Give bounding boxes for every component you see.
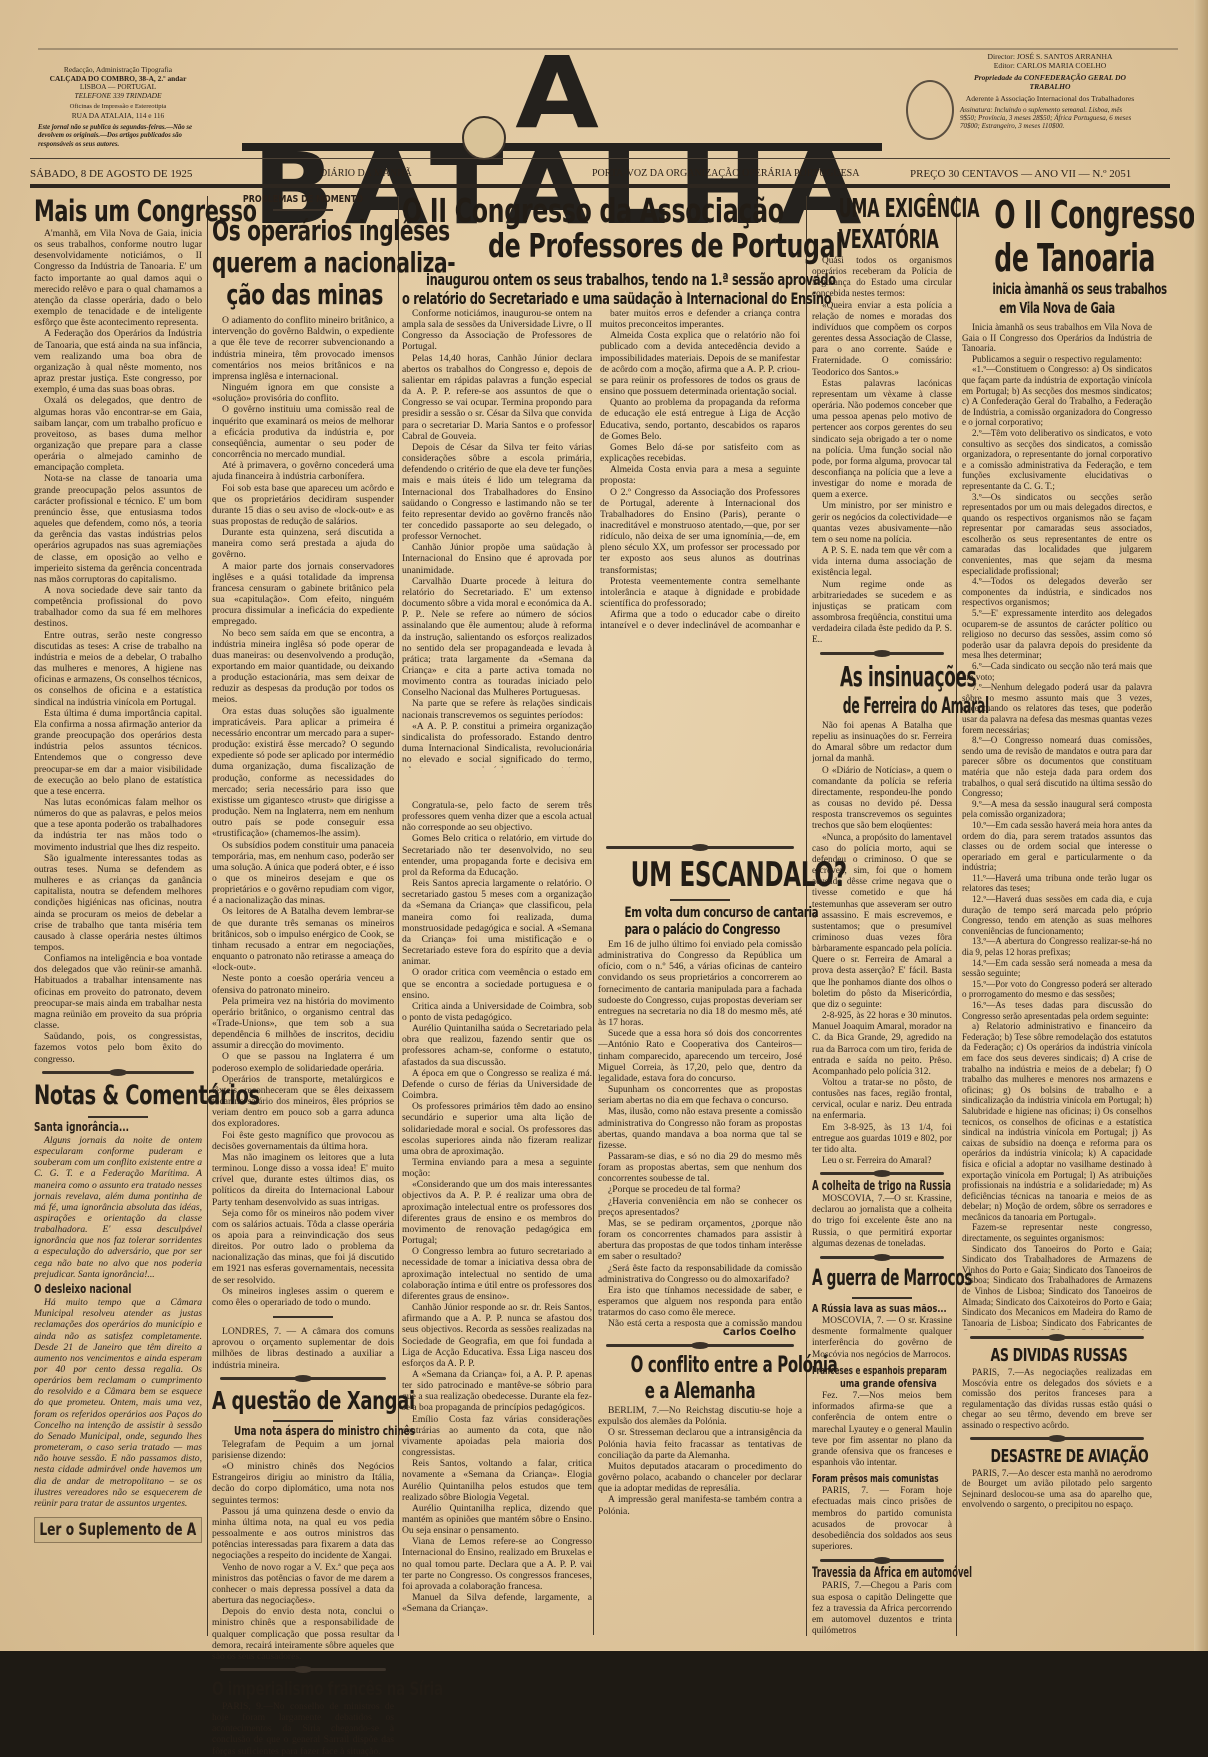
paragraph: Na parte que se refere às relações sindi… — [402, 698, 592, 720]
paragraph: O govêrno instituiu uma comissão real de… — [212, 404, 394, 460]
paragraph: Quási todos os organismos operários rece… — [812, 256, 952, 301]
paragraph: Não foi apenas A Batalha que repeliu as … — [812, 721, 952, 766]
paragraph: 2-8-925, às 22 horas e 30 minutos. Manue… — [812, 1011, 952, 1078]
subheadline: Foram prêsos mais comunistas — [812, 1473, 904, 1484]
paragraph: Aurélio Quintanilha saúda o Secretariado… — [402, 1023, 592, 1068]
paragraph: 4.º—Todos os delegados deverão ser compo… — [962, 576, 1152, 608]
paragraph: 7.º—Nenhum delegado poderá usar da palav… — [962, 682, 1152, 735]
subheadline: Em volta dum concurso de cantaria — [625, 905, 776, 922]
paragraph: A P. S. E. nada tem que vêr com a vida i… — [812, 546, 952, 579]
article-escandalo: UM ESCANDALO? Em volta dum concurso de c… — [598, 855, 802, 1338]
paragraph: A época em que o Congresso se realiza é … — [402, 1068, 592, 1101]
paragraph: Era isto que tínhamos necessidade de sab… — [598, 1285, 802, 1318]
publication-notice: Este jornal não se publica às segundas-f… — [38, 124, 198, 150]
paragraph: Termina enviando para a mesa a seguinte … — [402, 1157, 592, 1179]
headline: UM ESCANDALO? — [631, 855, 770, 895]
short-rule — [670, 899, 730, 901]
paragraph: O que se passou na Inglaterra é um poder… — [212, 1051, 394, 1073]
paragraph: Um ministro, por ser ministro e gerir os… — [812, 501, 952, 546]
issue-date: SÁBADO, 8 DE AGOSTO DE 1925 — [30, 168, 192, 180]
paragraph: O sr. Stresseman declarou que a intransi… — [598, 1427, 802, 1460]
column-2: PROBLEMAS DE MOMENTO Os operários inglês… — [212, 194, 394, 1651]
paragraph: 12.º—Haverá duas sessões em cada dia, e … — [962, 894, 1152, 936]
paragraph: O 2.º Congresso da Associação dos Profes… — [600, 487, 800, 576]
ornamental-rule — [606, 1344, 794, 1347]
subscription-rates: Assinatura: Incluindo o suplemento seman… — [960, 106, 1140, 130]
ornamental-rule — [820, 1172, 944, 1175]
paragraph: A maior parte dos jornais conservadores … — [212, 561, 394, 628]
paragraph: Viana de Lemos refere-se ao Congresso In… — [402, 1536, 592, 1592]
ornamental-rule — [970, 1437, 1144, 1440]
paragraph: Afirma que a todo o educador cabe o dire… — [600, 609, 800, 628]
article-body: PARIS, 7. — Foram hoje efectuadas mais c… — [812, 1486, 952, 1553]
article-body: PARIS, 7.—As negociações realizadas em M… — [962, 1367, 1152, 1431]
masthead-address-box: Redacção, Administração Tipografia CALÇA… — [38, 66, 198, 149]
paragraph: «1.º—Constituem o Congresso: a) Os sindi… — [962, 364, 1152, 428]
paragraph: Voltou a tratar-se no pôsto, de contusõe… — [812, 1078, 952, 1123]
note-title: Santa ignorância... — [34, 1122, 158, 1133]
paragraph: «A A. P. P. constitui a primeira organiz… — [402, 721, 592, 768]
ornamental-rule — [606, 846, 794, 849]
paragraph: Almeida Costa envia para a mesa a seguin… — [600, 464, 800, 486]
paragraph: Mas não imaginem os leitores que a luta … — [212, 1152, 394, 1208]
column-5: UMA EXIGÊNCIA VEXATÓRIA Quási todos os o… — [812, 194, 952, 1637]
paragraph: Inicia àmanhã os seus trabalhos em Vila … — [962, 322, 1152, 354]
paragraph: A nova sociedade deve sair tanto da comp… — [34, 585, 202, 630]
article-body: Não foi apenas A Batalha que repeliu as … — [812, 721, 952, 1166]
ornamental-rule — [820, 1559, 944, 1562]
article-exigencia: UMA EXIGÊNCIA VEXATÓRIA Quási todos os o… — [812, 194, 952, 646]
library-stamp-icon — [906, 80, 954, 140]
article-travessia: Travessia da Africa em automóvel PARIS, … — [812, 1568, 952, 1637]
column-4-lower: UM ESCANDALO? Em volta dum concurso de c… — [598, 840, 802, 1517]
paragraph: ¿Porque se procedeu de tal forma? — [598, 1184, 802, 1195]
paragraph: Sindicato dos Tanoeiros do Porto e Gaia;… — [962, 1244, 1152, 1330]
headline: UMA EXIGÊNCIA — [839, 194, 926, 224]
article-body-col1-cont: Congratula-se, pelo facto de serem três … — [402, 800, 592, 1635]
short-rule — [273, 1420, 333, 1422]
organ-line: PORTA-VOZ DA ORGANIZAÇÃO OPERÁRIA PORTUG… — [592, 168, 859, 179]
paragraph: Venho de novo rogar a V. Ex.ª que peça a… — [212, 1562, 394, 1607]
paragraph: Depois do envio desta nota, conclui o mi… — [212, 1606, 394, 1651]
headline: Os operários inglêses querem a nacionali… — [212, 215, 392, 311]
article-xangai: A questão de Xangai Uma nota áspera do m… — [212, 1386, 394, 1651]
headline: O conflito entre a Polónia — [631, 1353, 770, 1379]
column-rule — [956, 196, 957, 1636]
price-issue: PREÇO 30 CENTAVOS — ANO VII — N.º 2051 — [910, 168, 1131, 180]
article-mais-um-congresso: Mais um Congresso A'manhã, em Vila Nova … — [34, 194, 202, 1065]
paragraph: Esta última é duma importância capital. … — [34, 708, 202, 797]
note-title: O desleixo nacional — [34, 1284, 158, 1295]
paragraph: Num regime onde as arbitrariedades se su… — [812, 580, 952, 646]
subheadline: A Rússia lava as suas mãos... — [812, 1303, 916, 1314]
masthead-rule — [30, 184, 1170, 188]
article-body: MOSCOVIA, 7. — O sr. Krassine desmente f… — [812, 1316, 952, 1361]
article-body: Quási todos os organismos operários rece… — [812, 256, 952, 646]
deck: o relatório do Secretariado e uma saüdaç… — [402, 289, 805, 308]
masthead-divider — [30, 158, 1170, 159]
article-notas-comentarios: Notas & Comentários Santa ignorância... … — [34, 1080, 202, 1543]
paragraph: Canhão Júnior propõe uma saüdação à Inte… — [402, 542, 592, 575]
paragraph: Leu o sr. Ferreira do Amaral? — [812, 1156, 952, 1166]
paragraph: Supunham os concorrentes que as proposta… — [598, 1084, 802, 1106]
paragraph: Entre outras, serão neste congresso disc… — [34, 630, 202, 708]
newspaper-logo: A BATALHA — [232, 46, 892, 142]
paragraph: Neste ponto a coesão operária venceu a o… — [212, 973, 394, 995]
column-rule — [398, 196, 399, 1636]
paragraph: Aurélio Quintanilha replica, dizendo que… — [402, 1503, 592, 1536]
paragraph: Mas, se se pediram orçamentos, ¿porque n… — [598, 1218, 802, 1263]
paragraph: Sucede que a essa hora só dois dos conco… — [598, 1028, 802, 1084]
paragraph: Nas lutas económicas falam melhor os núm… — [34, 797, 202, 853]
deck: inaugurou ontem os seus trabalhos, tendo… — [426, 270, 800, 289]
column-rule — [593, 420, 594, 1635]
paragraph: Até à primavera, o govêrno concederá uma… — [212, 460, 394, 482]
ornamental-rule — [42, 1071, 194, 1074]
column-1: Mais um Congresso A'manhã, em Vila Nova … — [34, 194, 202, 1543]
article-body: O adiamento do conflito mineiro britânic… — [212, 315, 394, 1308]
paragraph: No beco sem saída em que se encontra, a … — [212, 628, 394, 706]
paragraph: O Congresso lembra ao futuro secretariad… — [402, 1246, 592, 1302]
paragraph: Conforme noticiámos, inaugurou-se ontem … — [402, 308, 592, 353]
paragraph: Não está certa a resposta que a comissão… — [598, 1318, 802, 1327]
short-rule — [852, 1297, 912, 1299]
headline: AS DIVIDAS RUSSAS — [991, 1345, 1124, 1367]
paragraph: Ora estas duas soluções são igualmente i… — [212, 706, 394, 840]
paragraph: Passou já uma quinzena desde o envio da … — [212, 1506, 394, 1562]
dateline: SÁBADO, 8 DE AGOSTO DE 1925 DIÁRIO DA MA… — [30, 168, 1170, 182]
paragraph: bater muitos erros e defender a criança … — [600, 308, 800, 330]
headline: As insinuações — [840, 661, 924, 693]
paragraph: 2.º—Têm voto deliberativo os sindicatos,… — [962, 428, 1152, 492]
article-tanoaria: O II Congresso de Tanoaria inicia àmanhã… — [962, 194, 1152, 1330]
paragraph: Os leitores de A Batalha devem lembrar-s… — [212, 906, 394, 973]
paragraph: Oxalá os delegados, que dentro de alguma… — [34, 395, 202, 473]
short-rule — [273, 1316, 333, 1318]
workshop-address: RUA DA ATALAIA, 114 e 116 — [38, 112, 198, 121]
paragraph: Nota-se na classe de tanoaria uma grande… — [34, 473, 202, 585]
paragraph: «Considerando que um dos mais interessan… — [402, 1179, 592, 1246]
article-body-col2: bater muitos erros e defender a criança … — [600, 308, 800, 628]
paragraph: Seja como fôr os mineiros não podem vive… — [212, 1208, 394, 1286]
paragraph: 5.º—E' expressamente interdito aos deleg… — [962, 608, 1152, 661]
paragraph: Passaram-se dias, e só no dia 29 do mesm… — [598, 1151, 802, 1184]
paragraph: Publicamos a seguir o respectivo regulam… — [962, 354, 1152, 365]
emblem-seal-icon — [462, 116, 506, 160]
paragraph: 6.º—Cada sindicato ou secção não terá ma… — [962, 661, 1152, 682]
paragraph: A Federação dos Operários da Indústria d… — [34, 328, 202, 395]
paragraph: Gomes Belo critica o relatório, em virtu… — [402, 833, 592, 878]
ornamental-rule — [220, 1377, 386, 1380]
article-body: Telegrafam de Pequim a um jornal parisie… — [212, 1439, 394, 1651]
paragraph: São igualmente interessantes todas as ou… — [34, 853, 202, 953]
article-body: MOSCOVIA, 7.—O sr. Krassine, declarou ao… — [812, 1194, 952, 1250]
ownership-line: Propriedade da CONFEDERAÇÃO GERAL DO TRA… — [960, 73, 1140, 91]
paragraph: «Queira enviar a esta polícia a relação … — [812, 301, 952, 379]
paragraph: Mas, ilusão, como não estava presente a … — [598, 1106, 802, 1151]
paragraph: 16.º—As teses dadas para discussão do Co… — [962, 1000, 1152, 1021]
affiliation-line: Aderente à Associação Internacional dos … — [960, 94, 1140, 103]
paragraph: Emílio Costa faz várias considerações co… — [402, 1414, 592, 1459]
paragraph: 8.º—O Congresso nomeará duas comissões, … — [962, 735, 1152, 799]
paragraph: O adiamento do conflito mineiro britânic… — [212, 315, 394, 382]
ornamental-rule — [970, 1336, 1144, 1339]
paragraph: 9.º—A mesa da sessão inaugural será comp… — [962, 799, 1152, 820]
wire-item: LONDRES, 7. — A câmara dos comuns aprovo… — [212, 1326, 394, 1371]
editor-line: Editor: CARLOS MARIA COELHO — [960, 61, 1140, 70]
paragraph: Operários de transporte, metalúrgicos e … — [212, 1074, 394, 1130]
paragraph: 11.º—Haverá uma tribuna onde terão lugar… — [962, 873, 1152, 894]
headline: O II Congresso da Associação — [402, 194, 805, 228]
subheadline: para o palácio do Congresso — [625, 922, 776, 939]
note-body: Alguns jornais da noite de ontem especul… — [34, 1135, 202, 1280]
paragraph: Foi sob esta base que apareceu um acôrdo… — [212, 483, 394, 528]
headline: A questão de Xangai — [212, 1386, 392, 1416]
article-body: PARIS, 7.—Ao descer esta manhã no aerodr… — [962, 1468, 1152, 1510]
paragraph: 3.º—Os sindicatos ou secções serão repre… — [962, 492, 1152, 577]
deck: inicia àmanhã os seus trabalhos — [992, 280, 1121, 299]
subheadline: Uma nota áspera do ministro chinês — [234, 1426, 352, 1437]
short-rule — [88, 1116, 148, 1118]
paragraph: BERLIM, 7.—No Reichstag discutiu-se hoje… — [598, 1405, 802, 1427]
deck: em Vila Nova de Gaia — [992, 299, 1121, 318]
subheadline: Franceses e espanhois preparam — [812, 1365, 904, 1376]
article-body: Fez. 7.—Nos meios bem informados afirma-… — [812, 1391, 952, 1469]
paragraph: Muitos deputados atacaram o procedimento… — [598, 1461, 802, 1494]
paragraph: Canhão Júnior responde ao sr. dr. Reis S… — [402, 1302, 592, 1369]
paragraph: Manuel da Silva defende, largamente, a «… — [402, 1592, 592, 1614]
ornamental-rule — [820, 1256, 944, 1259]
paragraph: Critica ainda a Universidade de Coimbra,… — [402, 1001, 592, 1023]
headline: VEXATÓRIA — [839, 224, 926, 256]
article-professores: O II Congresso da Associação de Professo… — [402, 194, 802, 308]
headline: Mais um Congresso — [34, 194, 203, 228]
paragraph: Quanto ao problema da propaganda da refo… — [600, 397, 800, 442]
paragraph: Em 16 de julho último foi enviado pela c… — [598, 939, 802, 1028]
headline: DESASTRE DE AVIAÇÃO — [991, 1446, 1124, 1468]
paragraph: Confiamos na inteligência e boa vontade … — [34, 953, 202, 1031]
masthead-staff-box: Director: JOSÉ S. SANTOS ARRANHA Editor:… — [960, 52, 1140, 130]
article-body: BERLIM, 7.—No Reichstag discutiu-se hoje… — [598, 1405, 802, 1517]
paragraph: Protesta veementemente contra semelhante… — [600, 576, 800, 609]
paragraph: Carvalhão Duarte procede à leitura do re… — [402, 576, 592, 699]
headline: Notas & Comentários — [34, 1080, 204, 1112]
paragraph: Saüdando, pois, os congressistas, fazemo… — [34, 1031, 202, 1064]
paragraph: 15.º—Por voto do Congresso poderá ser al… — [962, 979, 1152, 1000]
paragraph: Ninguém ignora em que consiste a «soluçã… — [212, 382, 394, 404]
paragraph: O orador critica com veemência o estado … — [402, 967, 592, 1000]
paragraph: Telegrafam de Pequim a um jornal parisie… — [212, 1439, 394, 1461]
paragraph: Congratula-se, pelo facto de serem três … — [402, 800, 592, 833]
headline: de Ferreira do Amaral — [843, 693, 921, 721]
article-desastre-aviacao: DESASTRE DE AVIAÇÃO PARIS, 7.—Ao descer … — [962, 1446, 1152, 1510]
paragraph: Foi êste gesto magnífico que provocou as… — [212, 1130, 394, 1152]
short-rule — [273, 209, 333, 211]
paragraph: Gomes Belo dá-se por satisfeito com as e… — [600, 442, 800, 464]
paragraph: 10.º—Em cada sessão haverá meia hora ant… — [962, 820, 1152, 873]
paragraph: «O ministro chinês dos Negócios Estrange… — [212, 1461, 394, 1506]
paragraph: O «Diário de Notícias», a quem o comanda… — [812, 766, 952, 833]
director-line: Director: JOSÉ S. SANTOS ARRANHA — [960, 52, 1140, 61]
article-insinuacoes: As insinuações de Ferreira do Amaral Não… — [812, 661, 952, 1166]
paragraph: ¿Haveria conveniência em não se conhecer… — [598, 1196, 802, 1218]
paragraph: A «Semana da Criança» foi, a A. P. P. ap… — [402, 1369, 592, 1414]
paragraph: Reis Santos aprecia largamente o relatór… — [402, 878, 592, 967]
kicker: PROBLEMAS DE MOMENTO — [230, 194, 376, 205]
paragraph: ¿Será êste facto da responsabilidade da … — [598, 1263, 802, 1285]
article-mineiros: PROBLEMAS DE MOMENTO Os operários inglês… — [212, 194, 394, 1371]
note-body: Há muito tempo que a Câmara Municipal re… — [34, 1297, 202, 1509]
paragraph: Em 3-8-925, às 13 1/4, foi entregue aos … — [812, 1123, 952, 1156]
article-body: A'manhã, em Vila Nova de Gaia, inicia os… — [34, 228, 202, 1065]
headline: e a Alemanha — [631, 1379, 770, 1405]
paragraph: Fazem-se representar neste congresso, di… — [962, 1222, 1152, 1243]
article-trigo: A colheita de trigo na Russia MOSCOVIA, … — [812, 1181, 952, 1250]
subheadline: uma grande ofensiva — [840, 1378, 923, 1389]
paragraph: «Nunca, a propósito do lamentavel caso d… — [812, 833, 952, 1012]
paragraph: 14.º—Em cada sessão será nomeada a mesa … — [962, 958, 1152, 979]
paragraph: Reis Santos, voltando a falar, critica n… — [402, 1458, 592, 1503]
paragraph: Os subsídios podem constituir uma panace… — [212, 840, 394, 907]
article-polonia: O conflito entre a Polónia e a Alemanha … — [598, 1353, 802, 1517]
paragraph: Durante esta quinzena, será discutida a … — [212, 527, 394, 560]
paragraph: Pelas 14,40 horas, Canhão Júnior declara… — [402, 353, 592, 442]
tagline: DIÁRIO DA MANHÃ — [320, 168, 412, 179]
supplement-banner: Ler o Suplemento de A BATALHA — [34, 1517, 202, 1543]
paragraph: Pela primeira vez na história do movimen… — [212, 996, 394, 1052]
headline: O II Congresso — [994, 194, 1119, 236]
ornamental-rule — [820, 652, 944, 655]
column-6: O II Congresso de Tanoaria inicia àmanhã… — [962, 194, 1152, 1510]
article-body-col1: Conforme noticiámos, inaugurou-se ontem … — [402, 308, 592, 768]
paragraph: 13.º—A abertura do Congresso realizar-se… — [962, 936, 1152, 957]
paragraph: Os mineiros ingleses assim o querem e co… — [212, 1286, 394, 1308]
paragraph: a) Relatorio administrativo e financeiro… — [962, 1021, 1152, 1222]
article-body: PARIS, 7.—Chegou a Paris com sua esposa … — [812, 1581, 952, 1637]
paragraph: Estas palavras lacónicas representam um … — [812, 379, 952, 502]
paragraph: Almeida Costa explica que o relatório nã… — [600, 330, 800, 397]
newspaper-page: Redacção, Administração Tipografia CALÇA… — [0, 0, 1208, 1651]
phone-line: TELEFONE 339 TRINDADE — [38, 92, 198, 101]
headline: de Tanoaria — [994, 236, 1119, 280]
article-body: Inicia àmanhã os seus trabalhos em Vila … — [962, 322, 1152, 1330]
byline: Carlos Coelho — [598, 1327, 796, 1338]
column-rule — [207, 196, 208, 1636]
paragraph: A'manhã, em Vila Nova de Gaia, inicia os… — [34, 228, 202, 328]
paragraph: A impressão geral manifesta-se também co… — [598, 1494, 802, 1516]
article-body: Em 16 de julho último foi enviado pela c… — [598, 939, 802, 1327]
headline: Travessia da Africa em automóvel — [812, 1568, 896, 1579]
headline: A guerra de Marrocos — [812, 1265, 948, 1293]
article-marrocos: A guerra de Marrocos A Rússia lava as su… — [812, 1265, 952, 1553]
paragraph: Depois de César da Silva ter feito vária… — [402, 442, 592, 542]
logo-underline — [242, 143, 882, 151]
headline: A colheita de trigo na Russia — [812, 1181, 904, 1192]
article-dividas-russas: AS DIVIDAS RUSSAS PARIS, 7.—As negociaçõ… — [962, 1345, 1152, 1431]
paragraph: Os professores primários têm dado ao ens… — [402, 1101, 592, 1157]
